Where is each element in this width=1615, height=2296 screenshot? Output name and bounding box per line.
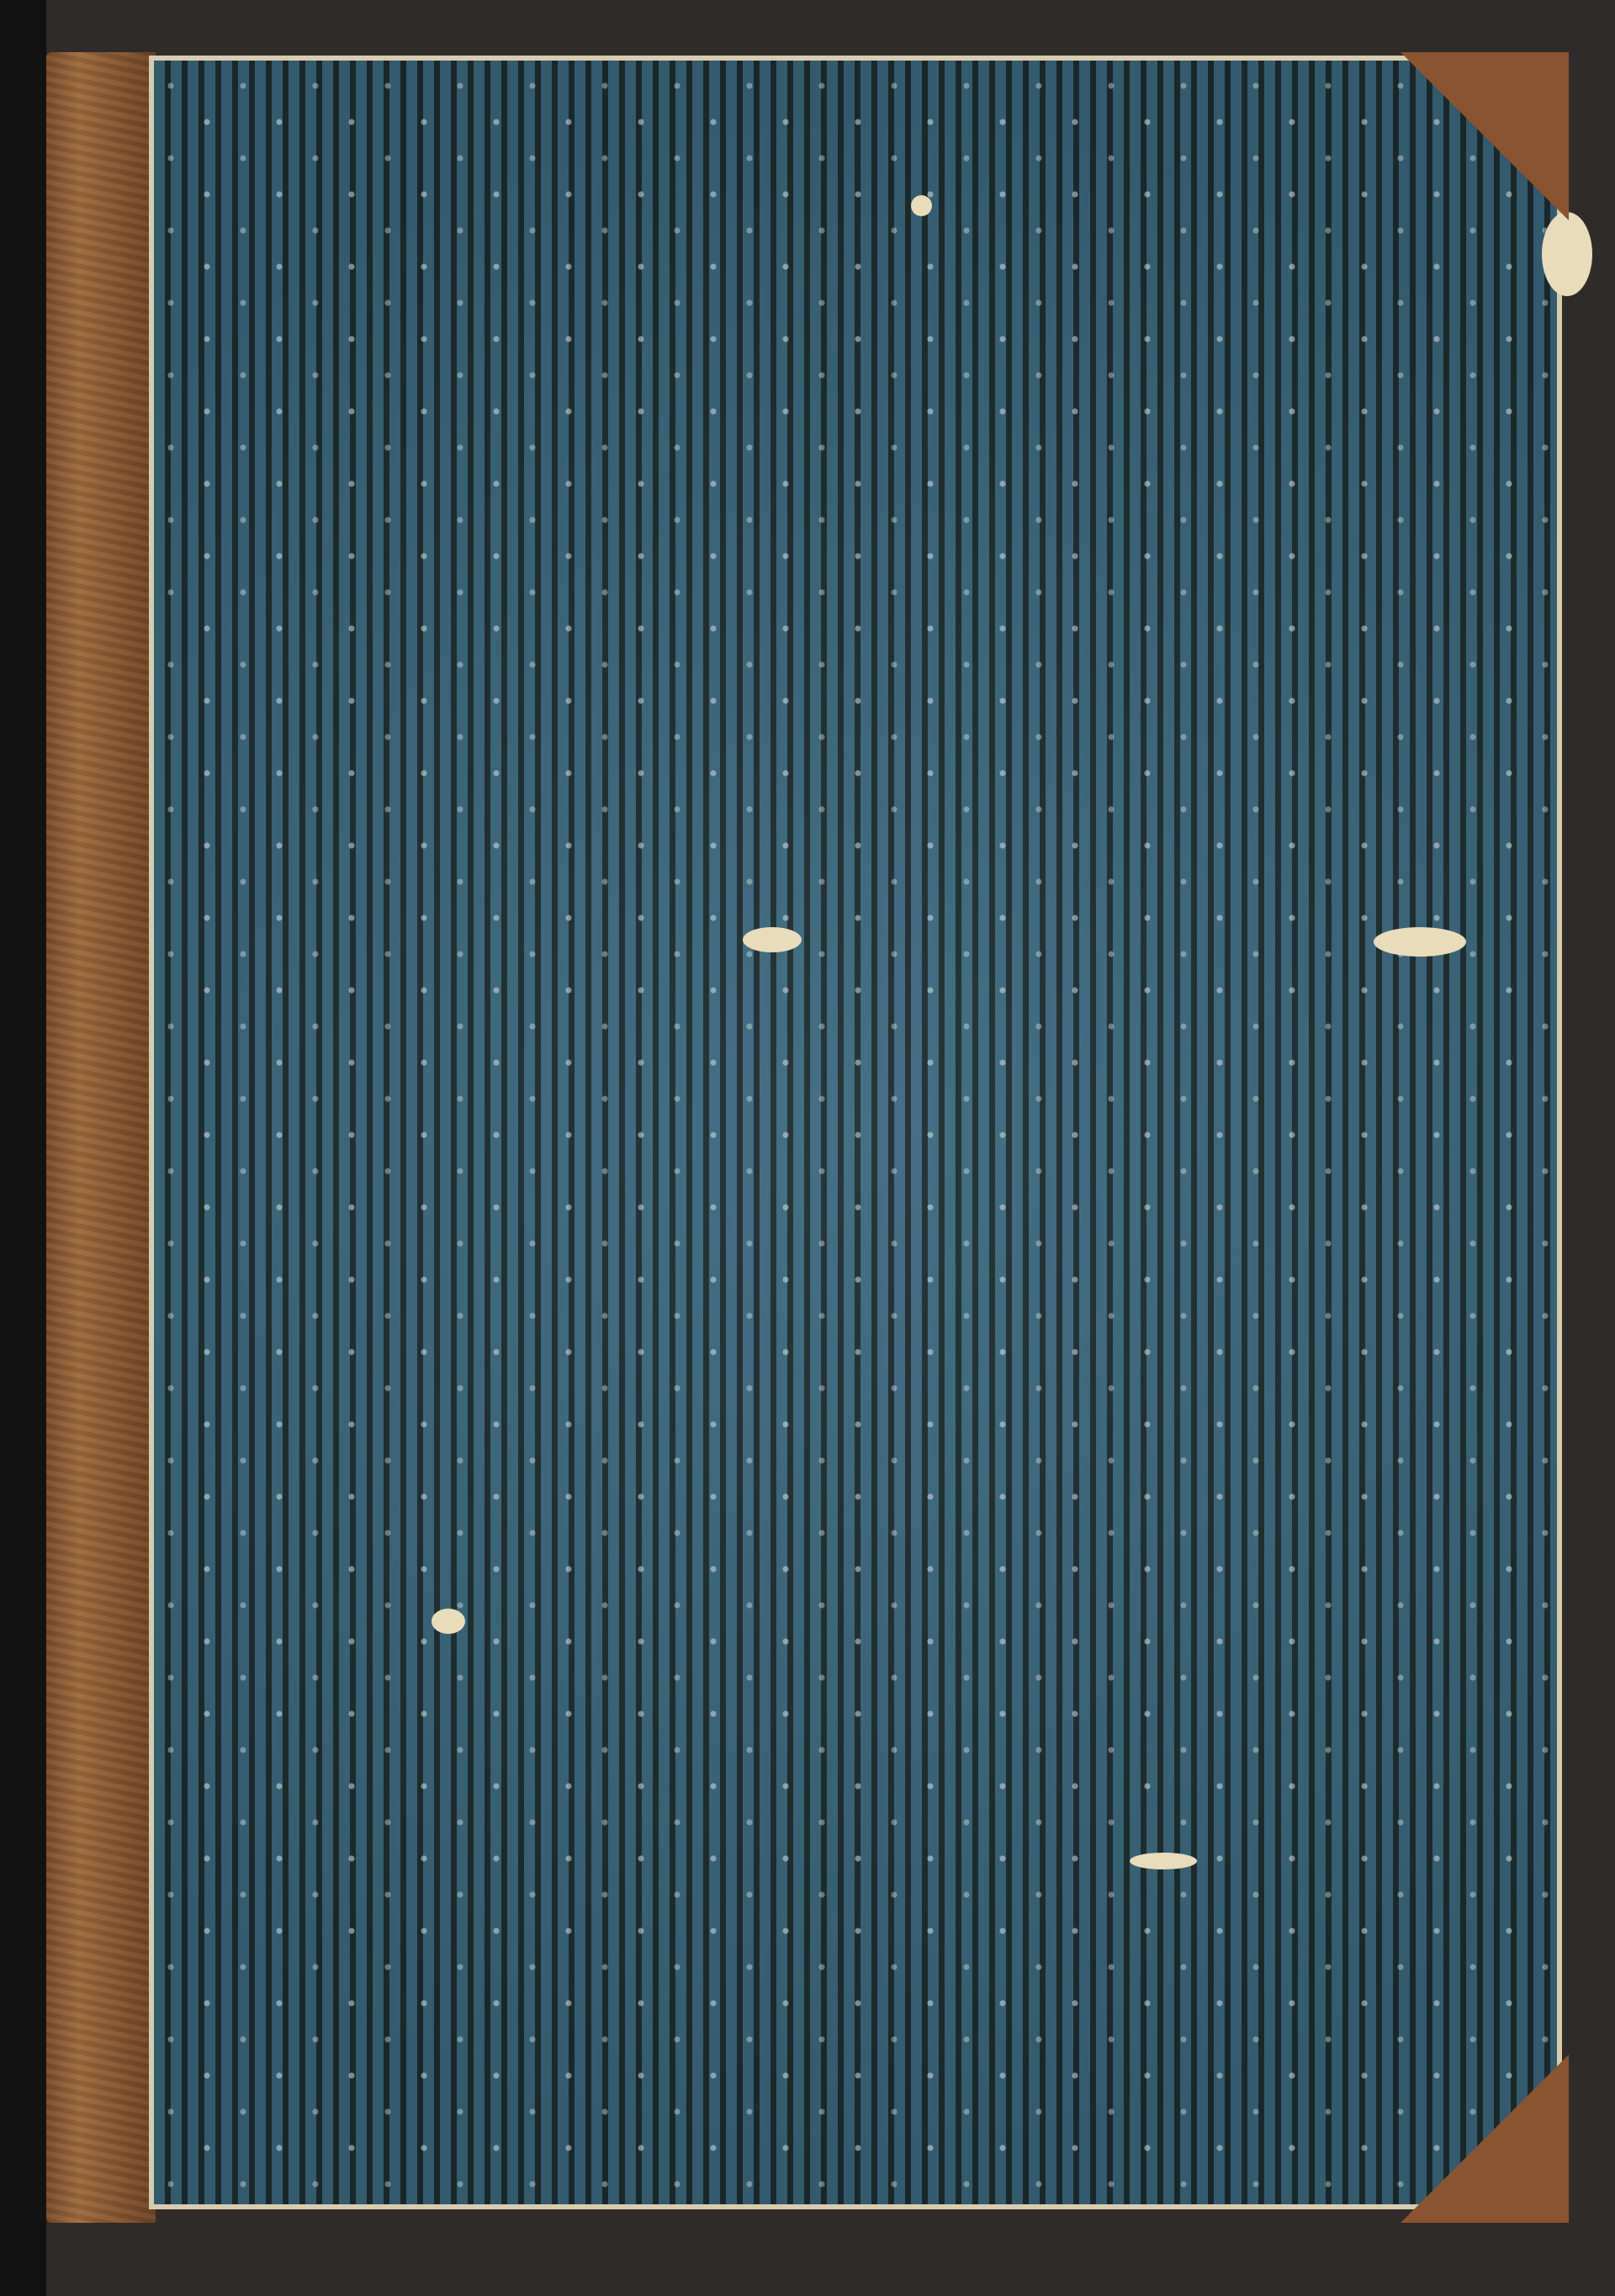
wear-spot (1130, 1853, 1197, 1869)
wear-spot (911, 195, 932, 216)
wear-spot (1374, 927, 1466, 957)
floral-pattern-offset (154, 61, 1557, 2204)
book (46, 52, 1569, 2223)
striped-cover-paper (149, 56, 1562, 2209)
dark-background-strip (0, 0, 46, 2296)
leather-spine (46, 52, 156, 2223)
wear-spot (1542, 212, 1592, 296)
wear-spot (743, 927, 802, 952)
wear-spot (432, 1609, 465, 1634)
